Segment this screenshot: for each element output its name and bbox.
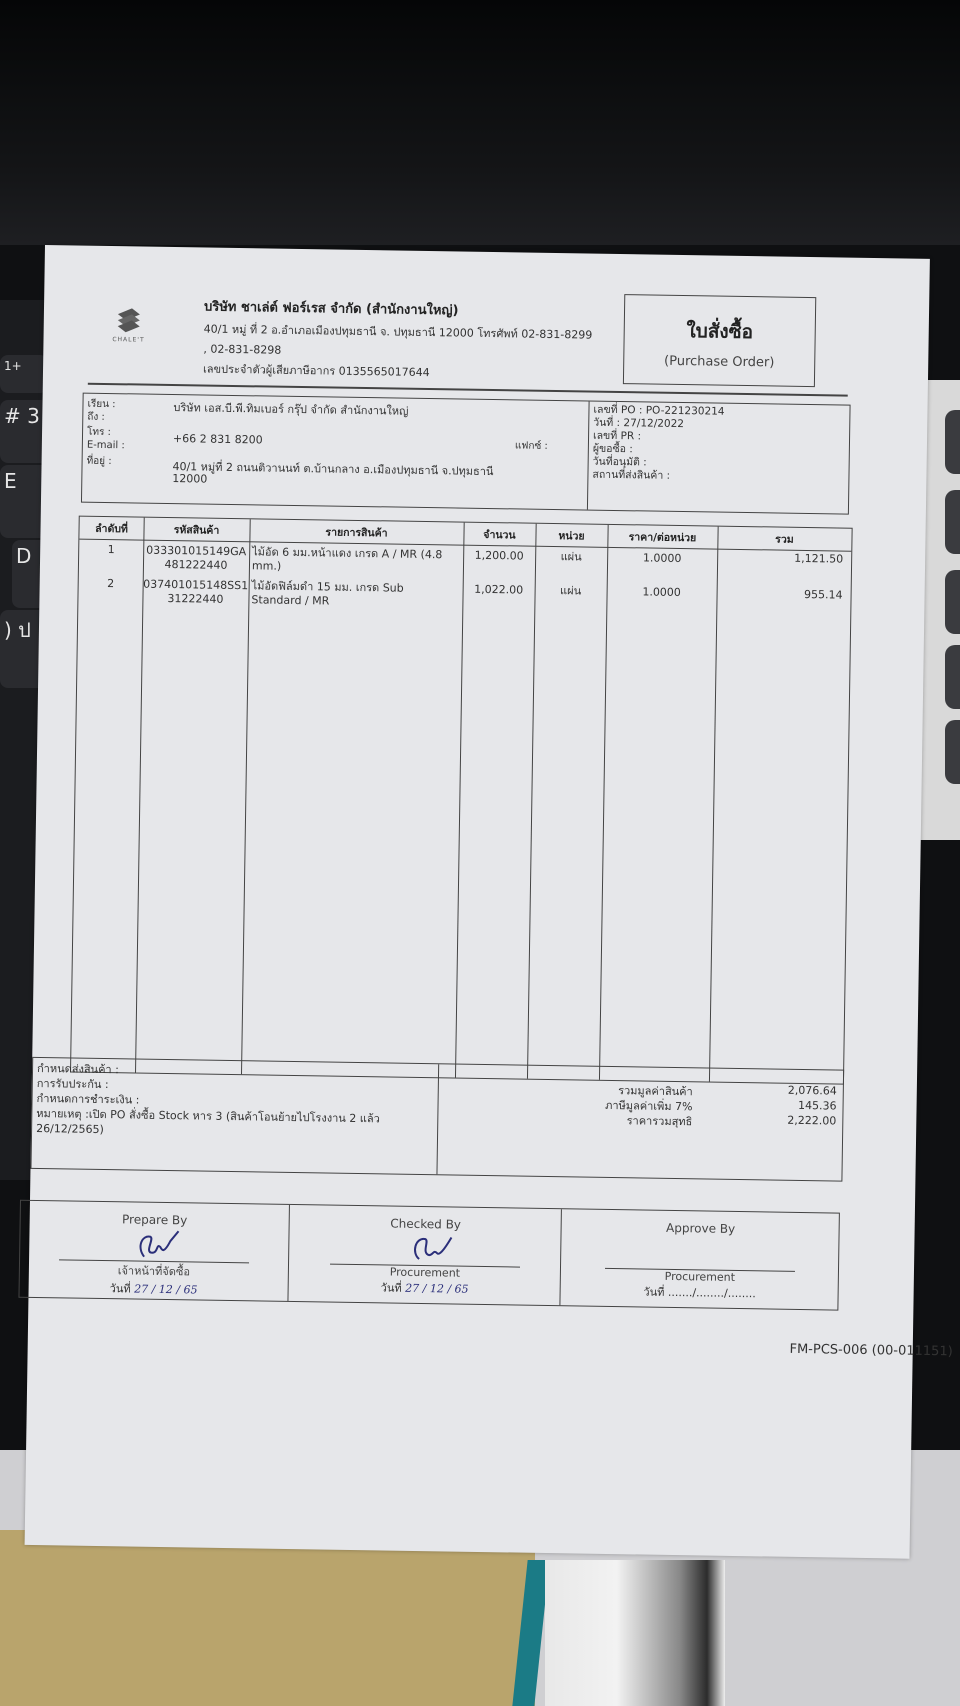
signature-approve: Approve By Procurement วันที่ ......./..… <box>559 1209 839 1309</box>
email-label: E-mail : <box>87 440 125 452</box>
document-title-box: ใบสั่งซื้อ (Purchase Order) <box>623 294 816 387</box>
vendor-address-line2: 12000 <box>172 472 207 486</box>
date-value: ......./......../........ <box>668 1286 756 1300</box>
row-unit-price: 1.0000 <box>607 585 717 601</box>
row-unit-price: 1.0000 <box>607 551 717 567</box>
header-no: ลำดับที่ <box>79 520 143 538</box>
purchase-order-document: CHALE'T บริษัท ชาเล่ต์ ฟอร์เรส จำกัด (สำ… <box>25 245 930 1559</box>
vendor-details: เรียน : บริษัท เอส.บี.พี.ทิมเบอร์ กรุ๊ป … <box>82 394 589 510</box>
vat-value: 145.36 <box>798 1099 837 1113</box>
row-desc-line2: mm.) <box>252 559 281 572</box>
header-description: รายการสินค้า <box>249 522 463 542</box>
vendor-name: บริษัท เอส.บี.พี.ทิมเบอร์ กรุ๊ป จำกัด สำ… <box>173 398 408 420</box>
handwritten-signature-icon <box>385 1230 466 1265</box>
signature-check: Checked By Procurement วันที่ 27 / 12 / … <box>287 1205 561 1305</box>
subtotal-value: 2,076.64 <box>788 1084 837 1098</box>
logo-text: CHALE'T <box>103 336 153 344</box>
row-desc-line2: Standard / MR <box>251 593 329 607</box>
signature-mark <box>20 1225 289 1263</box>
date-prefix: วันที่ <box>381 1281 402 1294</box>
row-description: ไม้อัดฟิล์มดำ 15 มม. เกรด Sub Standard /… <box>251 579 461 610</box>
row-code-line2: 481222440 <box>164 558 227 572</box>
signature-date: วันที่ 27 / 12 / 65 <box>289 1277 561 1299</box>
signature-date: วันที่ ......./......../........ <box>561 1281 839 1303</box>
row-no: 1 <box>79 543 143 558</box>
row-unit: แผ่น <box>535 584 607 599</box>
keyboard-key <box>945 645 960 709</box>
signature-prepare: Prepare By เจ้าหน้าที่จัดซื้อ วันที่ 27 … <box>19 1201 288 1301</box>
vendor-address-line1: 40/1 หมู่ที่ 2 ถนนติวานนท์ ต.บ้านกลาง อ.… <box>172 457 493 480</box>
column-divider <box>527 524 537 1079</box>
date-prefix: วันที่ <box>643 1286 664 1299</box>
row-code-line1: 037401015148SS1 <box>143 578 248 593</box>
phone-label: โทร : <box>87 425 111 440</box>
keyboard-key <box>945 410 960 474</box>
chalet-logo-icon <box>114 306 144 336</box>
paper-stack <box>545 1560 725 1706</box>
column-divider <box>599 525 609 1080</box>
date-prefix: วันที่ <box>110 1282 131 1295</box>
signature-mark <box>289 1229 562 1267</box>
to-label: ถึง : <box>87 410 105 425</box>
order-terms: กำหนดส่งสินค้า : การรับประกัน : กำหนดการ… <box>32 1058 440 1174</box>
row-code-line1: 033301015149GA <box>146 544 246 559</box>
date-value: 27 / 12 / 65 <box>405 1282 469 1296</box>
vendor-info-box: เรียน : บริษัท เอส.บี.พี.ทิมเบอร์ กรุ๊ป … <box>81 393 851 515</box>
row-code: 037401015148SS1 31222440 <box>142 578 248 608</box>
row-desc-line1: ไม้อัดฟิล์มดำ 15 มม. เกรด Sub <box>252 579 404 594</box>
header-unit-price: ราคา/ต่อหน่วย <box>607 528 717 547</box>
column-divider <box>709 527 719 1082</box>
row-code-line2: 31222440 <box>167 592 223 606</box>
company-logo: CHALE'T <box>103 306 154 344</box>
row-total: 955.14 <box>716 587 842 603</box>
header-unit: หน่วย <box>535 527 607 545</box>
vendor-phone: +66 2 831 8200 <box>173 432 263 446</box>
signature-block: Prepare By เจ้าหน้าที่จัดซื้อ วันที่ 27 … <box>18 1200 839 1311</box>
keyboard-key <box>945 720 960 784</box>
company-address: 40/1 หมู่ ที่ 2 อ.อำเภอเมืองปทุมธานี จ. … <box>203 320 674 387</box>
items-table: ลำดับที่ รหัสสินค้า รายการสินค้า จำนวน ห… <box>70 516 853 1085</box>
header-total: รวม <box>717 530 851 549</box>
document-title-english: (Purchase Order) <box>624 353 814 371</box>
header-qty: จำนวน <box>463 526 535 544</box>
order-summary: กำหนดส่งสินค้า : การรับประกัน : กำหนดการ… <box>30 1057 844 1182</box>
signature-mark-empty <box>561 1233 839 1271</box>
address-label: ที่อยู่ : <box>86 454 111 469</box>
handwritten-signature-icon <box>114 1226 195 1261</box>
row-qty: 1,200.00 <box>463 549 535 564</box>
row-unit: แผ่น <box>535 550 607 565</box>
row-no: 2 <box>79 577 143 592</box>
po-details: เลขที่ PO : PO-221230214 วันที่ : 27/12/… <box>587 402 851 514</box>
company-name: บริษัท ชาเล่ต์ ฟอร์เรส จำกัด (สำนักงานให… <box>204 296 459 321</box>
keyboard-key <box>945 570 960 634</box>
keyboard-key: 1+ <box>0 355 48 393</box>
row-total: 1,121.50 <box>717 551 843 567</box>
date-value: 27 / 12 / 65 <box>134 1283 198 1297</box>
form-code: FM-PCS-006 (00-011151) <box>789 1342 952 1360</box>
dark-background <box>0 0 960 245</box>
keyboard-key <box>945 490 960 554</box>
grand-total-label: ราคารวมสุทธิ <box>627 1111 693 1130</box>
row-description: ไม้อัด 6 มม.หน้าแดง เกรด A / MR (4.8 mm.… <box>252 545 462 576</box>
grand-total-value: 2,222.00 <box>787 1114 836 1128</box>
row-code: 033301015149GA 481222440 <box>143 544 249 574</box>
fax-label: แฟกซ์ : <box>515 438 548 454</box>
document-title-thai: ใบสั่งซื้อ <box>624 315 814 348</box>
row-qty: 1,022.00 <box>463 583 535 598</box>
delivery-place: สถานที่ส่งสินค้า : <box>588 469 849 486</box>
header-code: รหัสสินค้า <box>143 521 249 540</box>
signature-date: วันที่ 27 / 12 / 65 <box>19 1278 287 1300</box>
wooden-board <box>0 1530 535 1706</box>
